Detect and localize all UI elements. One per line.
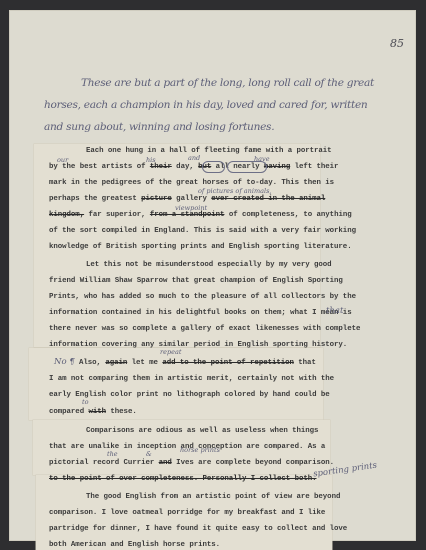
handwritten-edit: our: [57, 156, 68, 164]
typed-line: information covering any similar period …: [49, 341, 347, 349]
typed-line: Each one hung in a hall of fleeting fame…: [86, 147, 332, 155]
typed-line: of the sort compiled in England. This is…: [49, 227, 356, 235]
handwritten-edit: and: [188, 154, 200, 162]
typed-line: information contained in his delightful …: [49, 309, 352, 317]
struck-text: again: [105, 359, 127, 367]
typed-line: compared with these.: [49, 408, 137, 416]
typed-line: early English color print no lithograph …: [49, 391, 330, 399]
margin-note: that: [326, 306, 343, 316]
handwritten-edit: viewpoint: [175, 204, 207, 212]
edit-circle: [227, 161, 267, 173]
handwritten-edit: repeat: [160, 348, 181, 356]
handwritten-edit: his: [146, 156, 156, 164]
manuscript-page: 85 These are but a part of the long, lon…: [9, 10, 416, 541]
handwritten-line: These are but a part of the long, long r…: [44, 72, 384, 94]
struck-text: ever created in the animal: [211, 195, 325, 203]
typed-line: to the point of over completeness. Perso…: [49, 475, 317, 483]
handwritten-line: horses, each a champion in his day, love…: [44, 94, 384, 116]
handwritten-edit: of pictures of animals,: [198, 187, 271, 195]
handwritten-edit: horse prints: [180, 446, 220, 454]
handwritten-edit: &: [146, 450, 152, 458]
struck-text: their: [150, 163, 172, 171]
struck-text: from a standpoint: [150, 211, 225, 219]
typed-line: kingdom, far superior, from a standpoint…: [49, 211, 352, 219]
handwritten-intro-paragraph: These are but a part of the long, long r…: [44, 72, 384, 138]
handwritten-line: and sung about, winning and losing fortu…: [44, 116, 384, 138]
page-number: 85: [390, 37, 404, 50]
typed-line: by the best artists of their day, but al…: [49, 163, 338, 171]
edit-circle: [202, 161, 225, 173]
typed-line: Let this not be misunderstood especially…: [86, 261, 332, 269]
typed-line: Comparisons are odious as well as useles…: [86, 427, 318, 435]
typed-line: pictorial record Currier and Ives are co…: [49, 459, 334, 467]
struck-text: to the point of over completeness. Perso…: [49, 475, 317, 483]
struck-text: having: [264, 163, 290, 171]
typed-line: there never was so complete a gallery of…: [49, 325, 360, 333]
typed-line: friend William Shaw Sparrow that great c…: [49, 277, 343, 285]
struck-text: picture: [141, 195, 172, 203]
typed-line: I am not comparing them in artistic meri…: [49, 375, 334, 383]
typed-line: comparison. I love oatmeal porridge for …: [49, 509, 325, 517]
margin-note: No ¶: [54, 357, 75, 367]
handwritten-edit: to: [82, 398, 89, 406]
typed-line: perhaps the greatest picture gallery eve…: [49, 195, 325, 203]
struck-text: kingdom,: [49, 211, 84, 219]
struck-text: with: [88, 408, 106, 416]
typed-line: Also, again let me add to the point of r…: [79, 359, 316, 367]
typed-line: Prints, who has added so much to the ple…: [49, 293, 356, 301]
typed-line: mark in the pedigrees of the great horse…: [49, 179, 334, 187]
handwritten-edit: the: [107, 450, 118, 458]
struck-text: add to the point of repetition: [162, 359, 294, 367]
typed-line: both American and English horse prints.: [49, 541, 220, 549]
typed-line: The good English from an artistic point …: [86, 493, 340, 501]
struck-text: and: [159, 459, 172, 467]
typed-line: knowledge of British sporting prints and…: [49, 243, 352, 251]
typed-line: partridge for dinner, I have found it qu…: [49, 525, 347, 533]
